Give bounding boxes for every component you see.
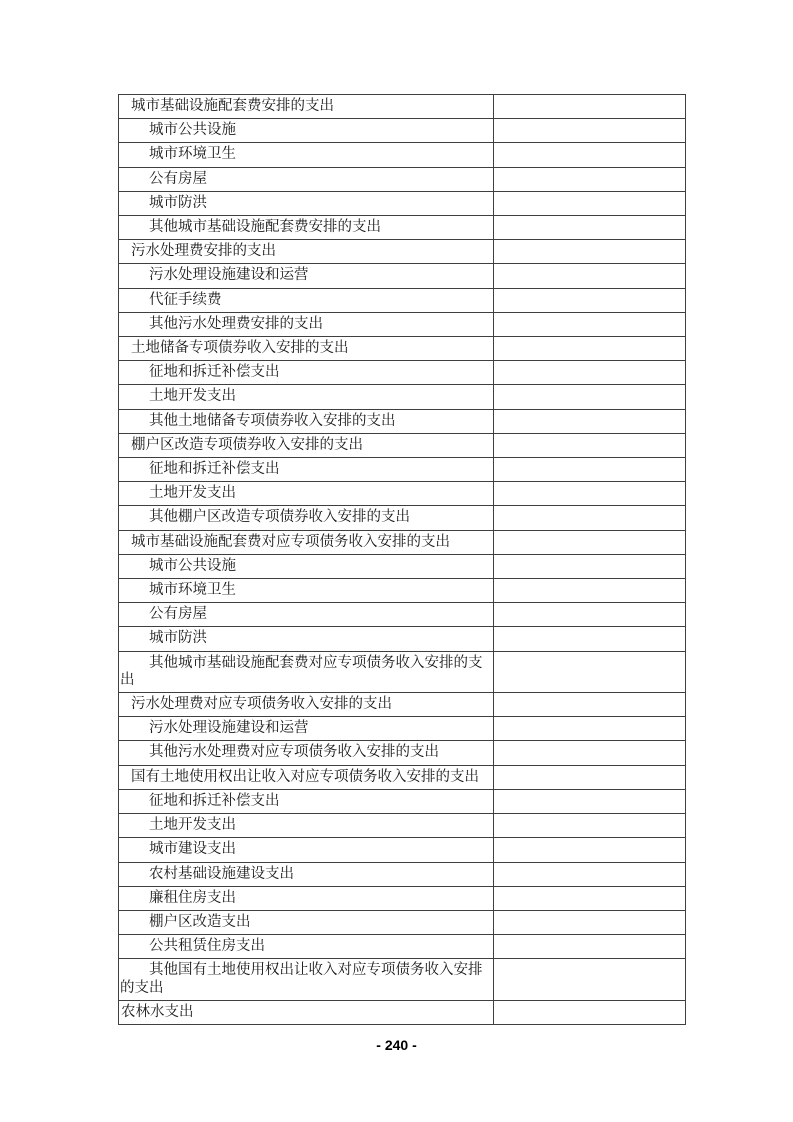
value-cell <box>494 1000 686 1024</box>
value-cell <box>494 765 686 789</box>
value-cell <box>494 433 686 457</box>
table-row: 国有土地使用权出让收入对应专项债务收入安排的支出 <box>119 765 686 789</box>
table-row: 土地开发支出 <box>119 482 686 506</box>
table-row: 城市公共设施 <box>119 554 686 578</box>
item-label-cell: 农村基础设施建设支出 <box>119 862 494 886</box>
value-cell <box>494 554 686 578</box>
value-cell <box>494 191 686 215</box>
value-cell <box>494 603 686 627</box>
table-row: 棚户区改造支出 <box>119 910 686 934</box>
budget-expenditure-table: 城市基础设施配套费安排的支出城市公共设施城市环境卫生公有房屋城市防洪其他城市基础… <box>118 94 686 1025</box>
value-cell <box>494 627 686 651</box>
value-cell <box>494 312 686 336</box>
value-cell <box>494 216 686 240</box>
value-cell <box>494 95 686 119</box>
item-label-cell: 城市基础设施配套费安排的支出 <box>119 95 494 119</box>
item-label-cell: 征地和拆迁补偿支出 <box>119 789 494 813</box>
table-row: 廉租住房支出 <box>119 886 686 910</box>
table-row: 其他城市基础设施配套费安排的支出 <box>119 216 686 240</box>
value-cell <box>494 789 686 813</box>
table-row: 土地储备专项债券收入安排的支出 <box>119 337 686 361</box>
table-row: 农林水支出 <box>119 1000 686 1024</box>
item-label-cell: 廉租住房支出 <box>119 886 494 910</box>
item-label-cell: 棚户区改造专项债券收入安排的支出 <box>119 433 494 457</box>
item-label-cell: 城市环境卫生 <box>119 143 494 167</box>
table-row: 公有房屋 <box>119 167 686 191</box>
item-label-cell: 农林水支出 <box>119 1000 494 1024</box>
table-row: 城市环境卫生 <box>119 579 686 603</box>
value-cell <box>494 886 686 910</box>
table-row: 代征手续费 <box>119 288 686 312</box>
table-row: 城市环境卫生 <box>119 143 686 167</box>
value-cell <box>494 651 686 692</box>
item-label-cell: 污水处理费对应专项债务收入安排的支出 <box>119 693 494 717</box>
table-row: 其他污水处理费安排的支出 <box>119 312 686 336</box>
value-cell <box>494 717 686 741</box>
item-label-cell: 其他土地储备专项债券收入安排的支出 <box>119 409 494 433</box>
item-label-cell: 其他城市基础设施配套费对应专项债务收入安排的支出 <box>119 651 494 692</box>
item-label-cell: 城市基础设施配套费对应专项债务收入安排的支出 <box>119 530 494 554</box>
value-cell <box>494 579 686 603</box>
item-label-cell: 公有房屋 <box>119 167 494 191</box>
table-row: 污水处理费安排的支出 <box>119 240 686 264</box>
item-label-cell: 土地开发支出 <box>119 814 494 838</box>
value-cell <box>494 361 686 385</box>
table-row: 污水处理设施建设和运营 <box>119 717 686 741</box>
value-cell <box>494 482 686 506</box>
table-row: 其他土地储备专项债券收入安排的支出 <box>119 409 686 433</box>
value-cell <box>494 910 686 934</box>
value-cell <box>494 119 686 143</box>
value-cell <box>494 838 686 862</box>
item-label-cell: 征地和拆迁补偿支出 <box>119 458 494 482</box>
table-row: 城市建设支出 <box>119 838 686 862</box>
table-row: 其他城市基础设施配套费对应专项债务收入安排的支出 <box>119 651 686 692</box>
item-label-cell: 城市公共设施 <box>119 119 494 143</box>
item-label-cell: 国有土地使用权出让收入对应专项债务收入安排的支出 <box>119 765 494 789</box>
item-label-cell: 污水处理费安排的支出 <box>119 240 494 264</box>
item-label-cell: 其他污水处理费对应专项债务收入安排的支出 <box>119 741 494 765</box>
item-label-cell: 其他城市基础设施配套费安排的支出 <box>119 216 494 240</box>
item-label-cell: 公共租赁住房支出 <box>119 935 494 959</box>
value-cell <box>494 959 686 1000</box>
table-row: 征地和拆迁补偿支出 <box>119 361 686 385</box>
item-label-cell: 城市公共设施 <box>119 554 494 578</box>
item-label-cell: 公有房屋 <box>119 603 494 627</box>
table-row: 城市公共设施 <box>119 119 686 143</box>
table-row: 城市防洪 <box>119 627 686 651</box>
value-cell <box>494 337 686 361</box>
value-cell <box>494 506 686 530</box>
item-label-cell: 污水处理设施建设和运营 <box>119 264 494 288</box>
table-row: 农村基础设施建设支出 <box>119 862 686 886</box>
value-cell <box>494 143 686 167</box>
value-cell <box>494 385 686 409</box>
value-cell <box>494 264 686 288</box>
item-label-cell: 征地和拆迁补偿支出 <box>119 361 494 385</box>
value-cell <box>494 288 686 312</box>
value-cell <box>494 240 686 264</box>
table-row: 征地和拆迁补偿支出 <box>119 789 686 813</box>
item-label-cell: 土地储备专项债券收入安排的支出 <box>119 337 494 361</box>
value-cell <box>494 862 686 886</box>
item-label-cell: 代征手续费 <box>119 288 494 312</box>
value-cell <box>494 409 686 433</box>
item-label-cell: 城市建设支出 <box>119 838 494 862</box>
table-row: 其他污水处理费对应专项债务收入安排的支出 <box>119 741 686 765</box>
table-row: 城市防洪 <box>119 191 686 215</box>
table-row: 其他棚户区改造专项债券收入安排的支出 <box>119 506 686 530</box>
value-cell <box>494 814 686 838</box>
table-body: 城市基础设施配套费安排的支出城市公共设施城市环境卫生公有房屋城市防洪其他城市基础… <box>119 95 686 1025</box>
value-cell <box>494 935 686 959</box>
item-label-cell: 其他棚户区改造专项债券收入安排的支出 <box>119 506 494 530</box>
table-row: 公有房屋 <box>119 603 686 627</box>
item-label-cell: 土地开发支出 <box>119 482 494 506</box>
value-cell <box>494 530 686 554</box>
value-cell <box>494 458 686 482</box>
table-row: 土地开发支出 <box>119 814 686 838</box>
item-label-cell: 棚户区改造支出 <box>119 910 494 934</box>
table-row: 污水处理费对应专项债务收入安排的支出 <box>119 693 686 717</box>
item-label-cell: 城市防洪 <box>119 191 494 215</box>
table-row: 公共租赁住房支出 <box>119 935 686 959</box>
value-cell <box>494 167 686 191</box>
document-page: 城市基础设施配套费安排的支出城市公共设施城市环境卫生公有房屋城市防洪其他城市基础… <box>0 0 793 1122</box>
table-row: 城市基础设施配套费对应专项债务收入安排的支出 <box>119 530 686 554</box>
item-label-cell: 城市防洪 <box>119 627 494 651</box>
table-row: 其他国有土地使用权出让收入对应专项债务收入安排的支出 <box>119 959 686 1000</box>
value-cell <box>494 693 686 717</box>
table-row: 土地开发支出 <box>119 385 686 409</box>
table-row: 征地和拆迁补偿支出 <box>119 458 686 482</box>
value-cell <box>494 741 686 765</box>
item-label-cell: 其他污水处理费安排的支出 <box>119 312 494 336</box>
item-label-cell: 城市环境卫生 <box>119 579 494 603</box>
table-row: 污水处理设施建设和运营 <box>119 264 686 288</box>
table-row: 棚户区改造专项债券收入安排的支出 <box>119 433 686 457</box>
item-label-cell: 污水处理设施建设和运营 <box>119 717 494 741</box>
item-label-cell: 土地开发支出 <box>119 385 494 409</box>
item-label-cell: 其他国有土地使用权出让收入对应专项债务收入安排的支出 <box>119 959 494 1000</box>
page-number: - 240 - <box>0 1037 793 1053</box>
table-row: 城市基础设施配套费安排的支出 <box>119 95 686 119</box>
